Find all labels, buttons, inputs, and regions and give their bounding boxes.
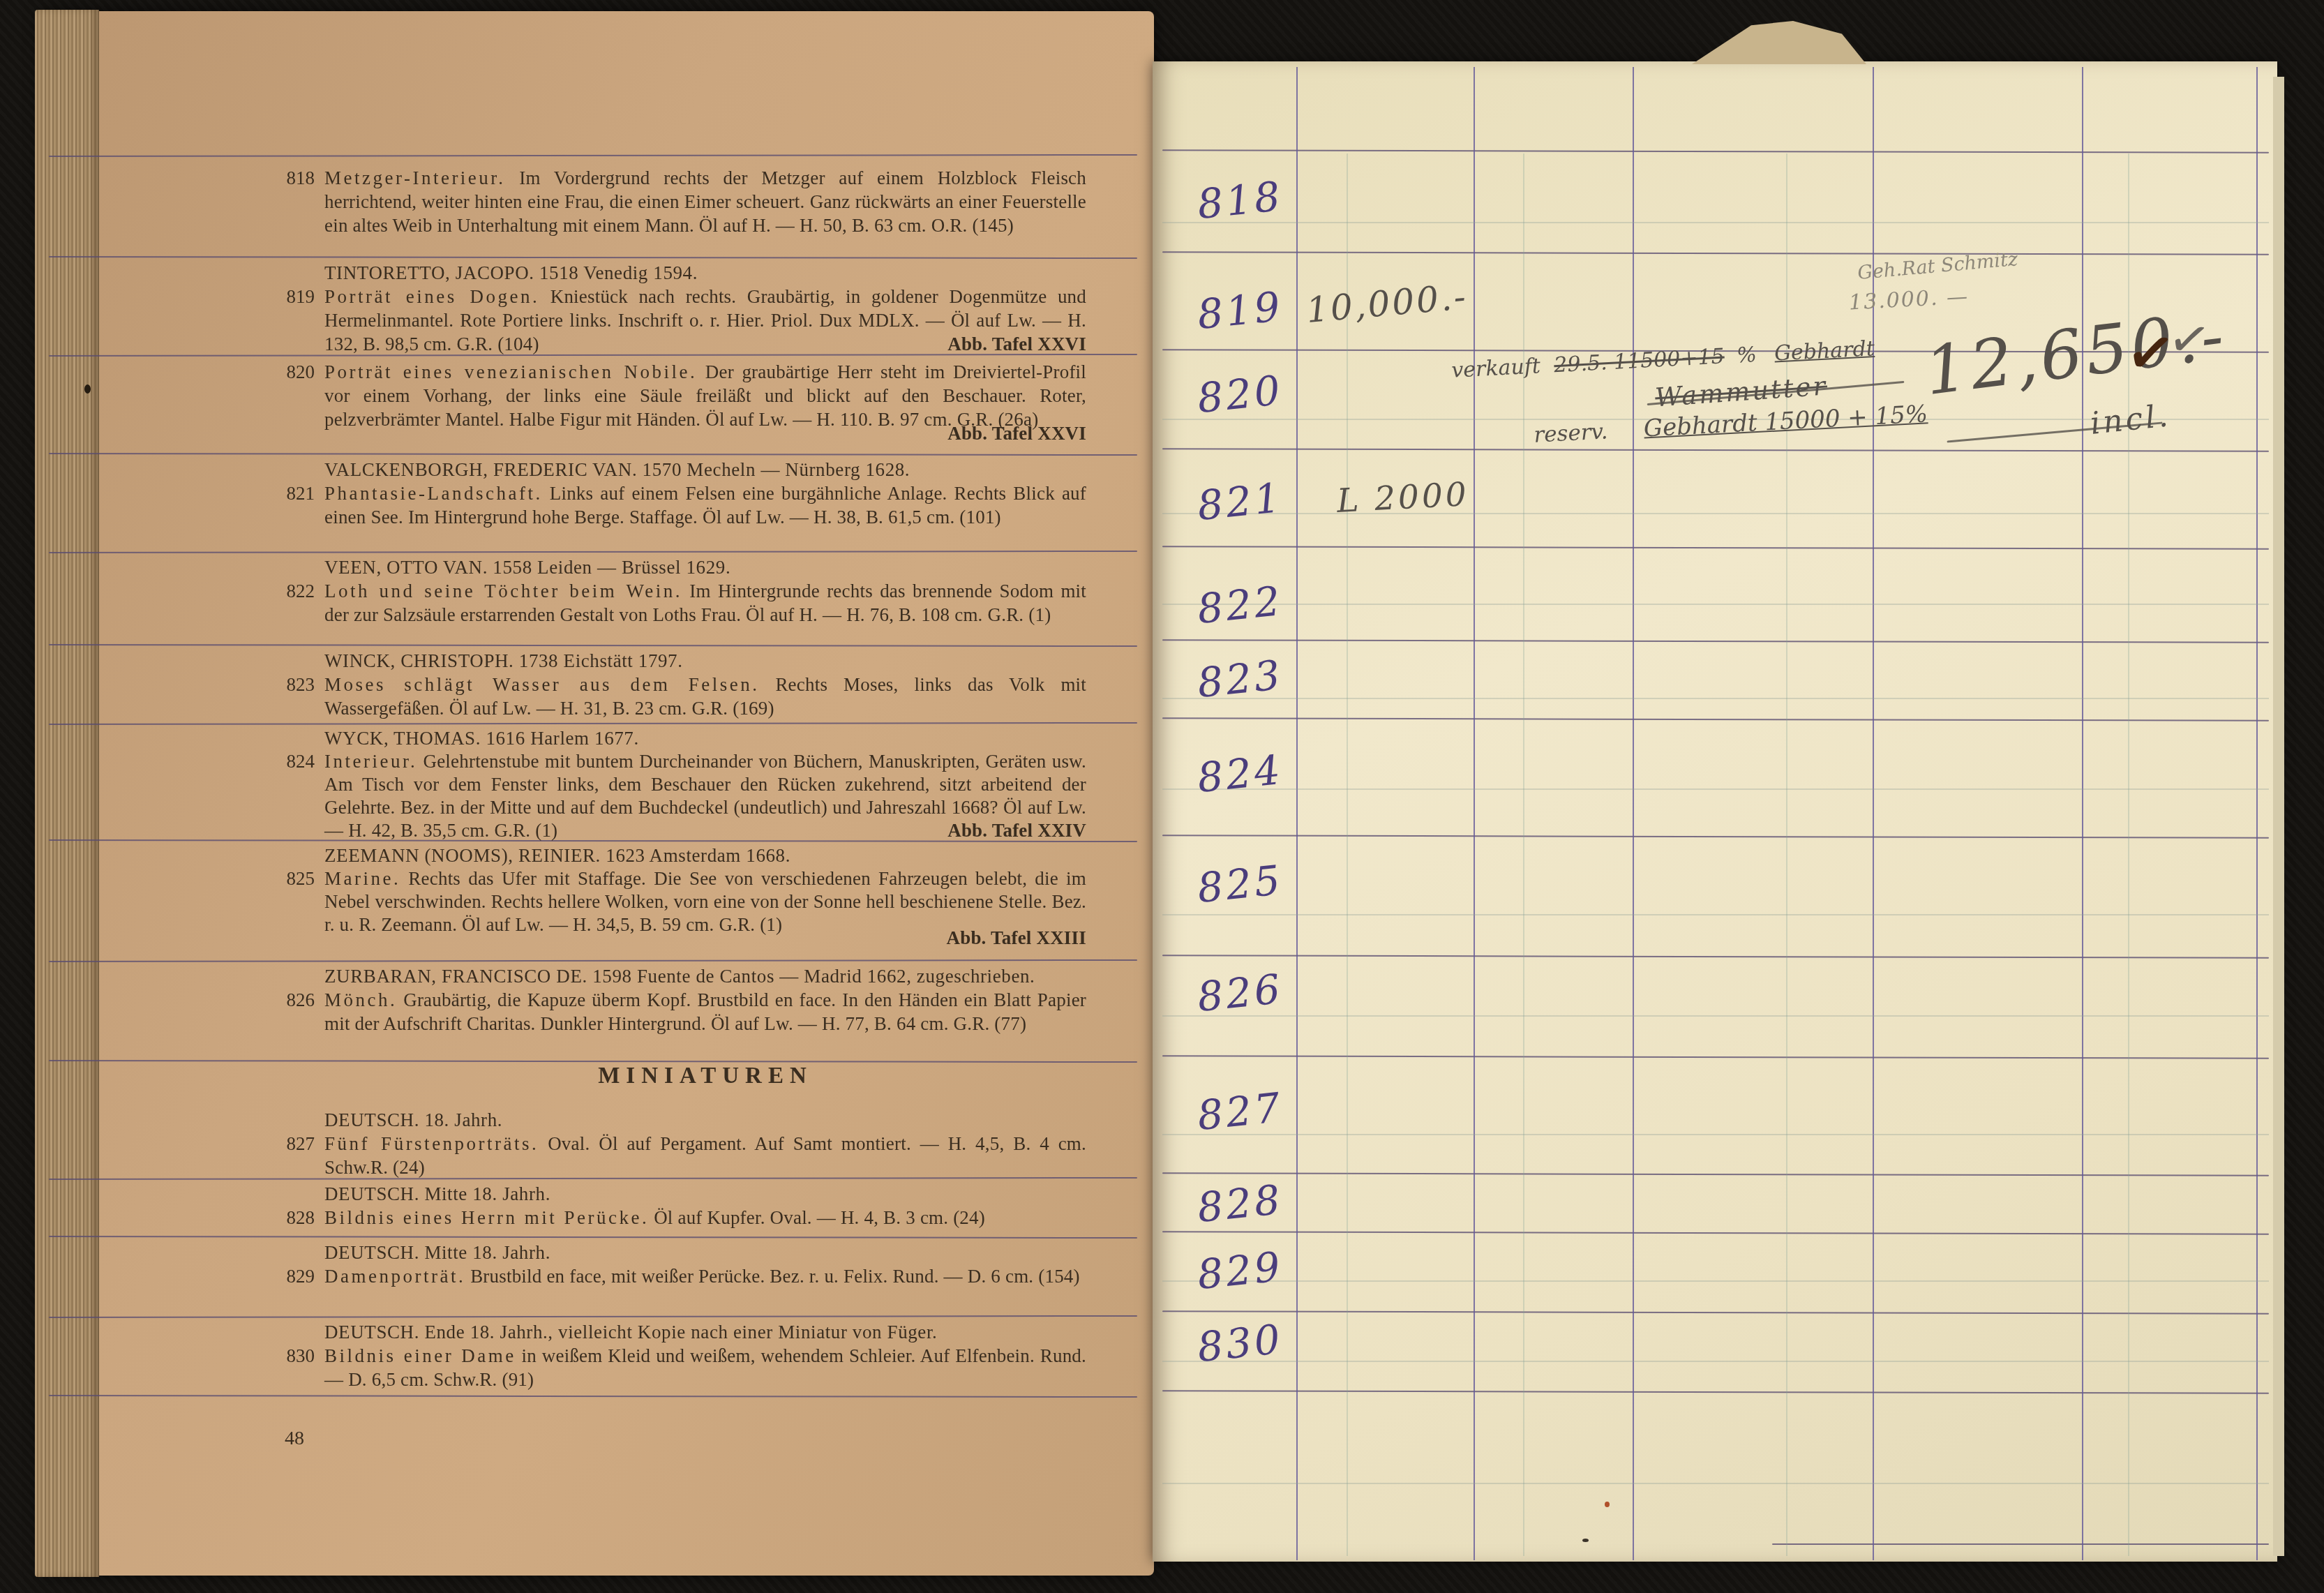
entry-number: 828: [263, 1206, 315, 1229]
ledger-faint-line: [1162, 604, 2269, 605]
artist-line: ZEEMANN (NOOMS), REINIER. 1623 Amsterdam…: [324, 844, 1086, 867]
section-heading: MINIATUREN: [324, 1063, 1086, 1089]
plate-reference: Abb. Tafel XXVI: [947, 332, 1086, 356]
entry-title: Porträt eines Dogen.: [324, 286, 539, 307]
entry-number: 827: [263, 1132, 315, 1156]
red-speck: [1605, 1502, 1610, 1507]
entry-title: Bildnis einer Dame: [324, 1345, 516, 1366]
artist-line: VALCKENBORGH, FREDERIC VAN. 1570 Mecheln…: [324, 458, 1086, 481]
artist-line: VEEN, OTTO VAN. 1558 Leiden — Brüssel 16…: [324, 555, 1086, 579]
artist-line: DEUTSCH. 18. Jahrh.: [324, 1108, 1086, 1132]
catalog-entry: DEUTSCH. Ende 18. Jahrh., vielleicht Kop…: [324, 1320, 1086, 1391]
entry-number: 820: [263, 360, 315, 384]
ledger-lot-number: 821: [1195, 472, 1297, 530]
entry-number: 819: [263, 285, 315, 308]
ledger-lot-number: 827: [1195, 1082, 1297, 1139]
catalog-entry: 820Porträt eines venezianischen Nobile. …: [324, 360, 1086, 431]
ledger-column-line: [1474, 67, 1475, 1560]
catalog-entry: 818Metzger-Interieur. Im Vordergrund rec…: [324, 166, 1086, 237]
entry-title: Marine.: [324, 868, 400, 889]
catalog-entry: DEUTSCH. Mitte 18. Jahrh. 828Bildnis ein…: [324, 1182, 1086, 1229]
artist-line: WYCK, THOMAS. 1616 Harlem 1677.: [324, 727, 1086, 750]
ledger-column-line: [2082, 67, 2083, 1560]
catalog-entry: WYCK, THOMAS. 1616 Harlem 1677. 824Inter…: [324, 727, 1086, 842]
entry-title: Bildnis eines Herrn mit Perücke.: [324, 1207, 649, 1228]
ledger-page-paper: [1153, 61, 2277, 1562]
artist-line: DEUTSCH. Ende 18. Jahrh., vielleicht Kop…: [324, 1320, 1086, 1344]
scanned-book-spread: 818Metzger-Interieur. Im Vordergrund rec…: [0, 0, 2324, 1593]
catalog-entry: VALCKENBORGH, FREDERIC VAN. 1570 Mecheln…: [324, 458, 1086, 529]
page-edge-sliver: [2273, 77, 2284, 1556]
ledger-lot-number: 824: [1195, 745, 1297, 802]
ledger-lot-number: 819: [1195, 281, 1297, 338]
catalog-entry: ZURBARAN, FRANCISCO DE. 1598 Fuente de C…: [324, 964, 1086, 1035]
reserved-label: reserv.: [1533, 419, 1608, 447]
ledger-lot-number: 825: [1195, 855, 1297, 912]
entry-number: 821: [263, 481, 315, 505]
ledger-lot-number: 823: [1195, 650, 1297, 707]
ledger-faint-line: [1162, 788, 2269, 790]
catalog-entry: ZEEMANN (NOOMS), REINIER. 1623 Amsterdam…: [324, 844, 1086, 936]
ledger-faint-line: [1162, 1361, 2269, 1362]
artist-line: DEUTSCH. Mitte 18. Jahrh.: [324, 1182, 1086, 1206]
ledger-lot-number: 818: [1195, 171, 1297, 228]
entry-title: Phantasie-Landschaft.: [324, 483, 543, 504]
entry-title: Damenporträt.: [324, 1266, 465, 1287]
dark-speck: [1582, 1539, 1589, 1542]
plate-reference: Abb. Tafel XXIV: [947, 819, 1086, 842]
annotation-821-price: L 2000: [1336, 475, 1470, 521]
plate-reference: Abb. Tafel XXVI: [947, 421, 1086, 445]
ledger-faint-line: [1162, 1134, 2269, 1135]
entry-text: Rechts das Ufer mit Staffage. Die See vo…: [324, 868, 1086, 935]
ledger-faint-line: [1162, 698, 2269, 699]
entry-number: 825: [263, 867, 315, 890]
sold-label: verkauft: [1451, 354, 1541, 383]
entry-title: Fünf Fürstenporträts.: [324, 1133, 539, 1154]
ledger-faint-line: [1162, 1015, 2269, 1017]
entry-number: 823: [263, 673, 315, 696]
entry-title: Interieur.: [324, 751, 417, 772]
catalog-entry: DEUTSCH. Mitte 18. Jahrh. 829Damenporträ…: [324, 1241, 1086, 1288]
entry-title: Porträt eines venezianischen Nobile.: [324, 361, 697, 382]
catalog-entry: TINTORETTO, JACOPO. 1518 Venedig 1594. 8…: [324, 261, 1086, 356]
entry-number: 818: [263, 166, 315, 190]
ledger-lot-number: 829: [1195, 1241, 1297, 1299]
entry-title: Moses schlägt Wasser aus dem Felsen.: [324, 674, 759, 695]
catalog-entry: DEUTSCH. 18. Jahrh. 827Fünf Fürstenportr…: [324, 1108, 1086, 1179]
artist-line: ZURBARAN, FRANCISCO DE. 1598 Fuente de C…: [324, 964, 1086, 988]
artist-line: TINTORETTO, JACOPO. 1518 Venedig 1594.: [324, 261, 1086, 285]
ledger-faint-line: [1162, 222, 2269, 223]
ink-speck: [84, 384, 91, 394]
hand-drawn-rule: [1772, 1543, 2269, 1545]
ledger-faint-line: [1162, 513, 2269, 514]
ledger-faint-line: [1162, 914, 2269, 915]
ledger-lot-number: 826: [1195, 964, 1297, 1021]
catalog-entry: VEEN, OTTO VAN. 1558 Leiden — Brüssel 16…: [324, 555, 1086, 627]
entry-text: Brustbild en face, mit weißer Perücke. B…: [470, 1266, 1080, 1287]
book-fore-edge: [35, 10, 99, 1577]
plate-reference: Abb. Tafel XXIII: [946, 927, 1086, 950]
ledger-faint-line: [1347, 154, 1348, 1556]
ledger-lot-number: 830: [1195, 1314, 1297, 1371]
entry-number: 829: [263, 1264, 315, 1288]
entry-number: 826: [263, 988, 315, 1012]
entry-text: Öl auf Kupfer. Oval. — H. 4, B. 3 cm. (2…: [654, 1207, 985, 1228]
entry-number: 824: [263, 750, 315, 773]
entry-number: 822: [263, 579, 315, 603]
ledger-column-line: [1633, 67, 1634, 1560]
entry-title: Mönch.: [324, 989, 397, 1010]
artist-line: WINCK, CHRISTOPH. 1738 Eichstätt 1797.: [324, 649, 1086, 673]
percent-sign: %: [1736, 343, 1757, 368]
entry-text: Graubärtig, die Kapuze überm Kopf. Brust…: [324, 989, 1086, 1034]
ledger-lot-number: 828: [1195, 1174, 1297, 1232]
catalog-entry: WINCK, CHRISTOPH. 1738 Eichstätt 1797. 8…: [324, 649, 1086, 720]
ledger-faint-line: [1162, 1280, 2269, 1282]
page-corner-fold: [1692, 21, 1866, 64]
ledger-lot-number: 820: [1195, 365, 1297, 422]
ledger-faint-line: [1162, 1483, 2269, 1484]
ledger-lot-number: 822: [1195, 576, 1297, 633]
entry-title: Metzger-Interieur.: [324, 167, 506, 188]
ledger-column-line: [1296, 67, 1298, 1560]
ledger-column-line: [2256, 67, 2258, 1560]
artist-line: DEUTSCH. Mitte 18. Jahrh.: [324, 1241, 1086, 1264]
page-number: 48: [285, 1428, 304, 1450]
entry-number: 830: [263, 1344, 315, 1368]
entry-title: Loth und seine Töchter beim Wein.: [324, 581, 682, 601]
